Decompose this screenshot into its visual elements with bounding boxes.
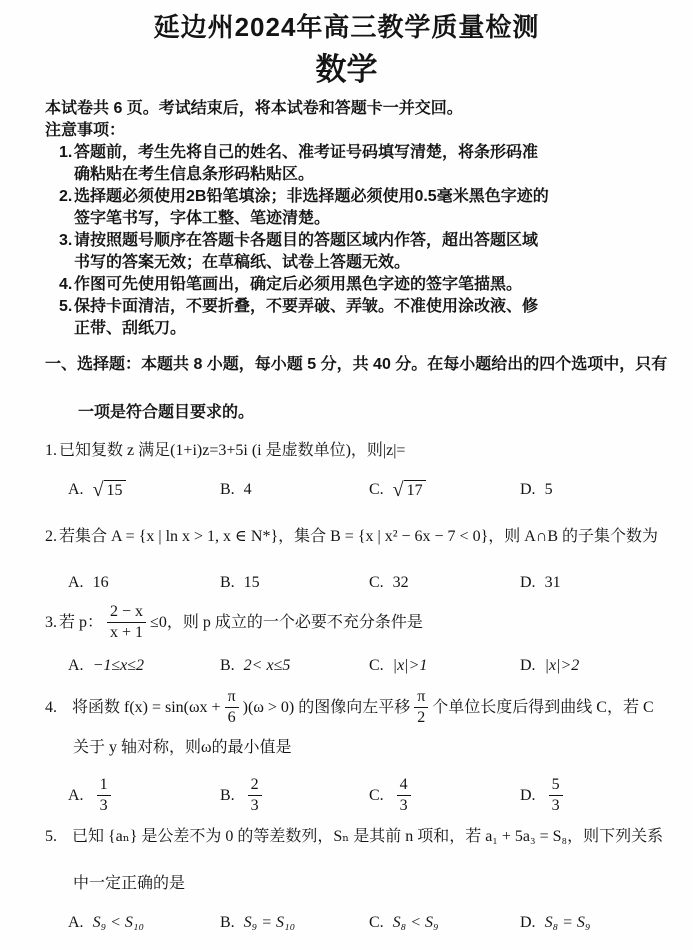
section-text: 选择题：本题共 8 小题，每小题 5 分，共 40 分。在每小题给出的四个选项中… [77,354,667,376]
fraction-denominator: 6 [225,708,239,728]
notice-line: 书写的答案无效；在草稿纸、试卷上答题无效。 [74,252,538,274]
option-value: 2< x≤5 [244,655,291,677]
radicand: 15 [104,480,126,501]
option-label: A. [68,785,84,807]
fraction: 2 3 [248,775,262,816]
fraction-denominator: 3 [97,796,111,816]
notice-line: 确粘贴在考生信息条形码粘贴区。 [74,164,538,186]
question-text: 若 p： [59,612,103,634]
option-value: 15 [244,572,260,594]
sqrt-expression: √ 17 [393,480,426,501]
question-3-stem: 3. 若 p： 2 − x x + 1 ≤0，则 p 成立的一个必要不充分条件是 [45,600,648,645]
option-c: C. √ 17 [369,479,520,501]
notice-number: 5. [59,296,74,340]
option-a: A. √ 15 [68,479,220,501]
option-label: D. [520,572,536,594]
question-number: 4. [45,697,72,719]
fraction: 2 − x x + 1 [107,602,146,643]
option-label: B. [220,912,235,934]
fraction-numerator: 4 [397,775,411,796]
notice-number: 1. [59,142,74,186]
option-a: A. 1 3 [68,775,220,816]
option-value: 31 [545,572,561,594]
notice-item-4: 4. 作图可先使用铅笔画出，确定后必须用黑色字迹的签字笔描黑。 [45,274,648,296]
option-label: C. [369,655,384,677]
question-number: 2. [45,526,59,548]
fraction-numerator: 2 [248,775,262,796]
option-label: A. [68,912,84,934]
option-b: B. 15 [220,572,369,594]
option-a: A. 16 [68,572,220,594]
notice-line: 请按照题号顺序在答题卡各题目的答题区域内作答，超出答题区域 [74,230,538,252]
fraction-denominator: x + 1 [107,623,146,643]
notice-text: 选择题必须使用2B铅笔填涂；非选择题必须使用0.5毫米黑色字迹的 签字笔书写，字… [74,186,549,230]
option-label: D. [520,479,536,501]
question-number: 5. [45,826,72,848]
fraction: π 6 [225,687,239,728]
radical-sign: √ [393,480,404,501]
notice-number: 2. [59,186,74,230]
fraction-denominator: 2 [414,708,428,728]
option-d: D. 5 [520,479,553,501]
option-label: A. [68,479,84,501]
notice-text: 作图可先使用铅笔画出，确定后必须用黑色字迹的签字笔描黑。 [74,274,522,296]
exam-paper-page: 延边州2024年高三教学质量检测 数学 本试卷共 6 页。考试结束后，将本试卷和… [0,0,693,950]
question-5-stem-line-1: 5. 已知 {aₙ} 是公差不为 0 的等差数列，Sₙ 是其前 n 项和，若 a… [45,826,648,848]
question-text: 若集合 A = {x | ln x > 1, x ∈ N*}，集合 B = {x… [59,526,658,548]
notice-text: 保持卡面清洁，不要折叠，不要弄破、弄皱。不准使用涂改液、修 正带、刮纸刀。 [74,296,538,340]
notice-line: 作图可先使用铅笔画出，确定后必须用黑色字迹的签字笔描黑。 [74,274,522,296]
option-a: A. −1≤x≤2 [68,655,220,677]
radicand: 17 [404,480,426,501]
question-5-options: A. S₉ < S₁₀ B. S₉ = S₁₀ C. S₈ < S₉ D. S₈… [45,912,648,934]
section-header: 一、 选择题：本题共 8 小题，每小题 5 分，共 40 分。在每小题给出的四个… [45,354,648,424]
fraction-denominator: 3 [248,796,262,816]
fraction: 1 3 [97,775,111,816]
question-5-stem-line-2: 中一定正确的是 [45,873,648,895]
fraction: 4 3 [397,775,411,816]
option-value: −1≤x≤2 [93,655,144,677]
notice-item-3: 3. 请按照题号顺序在答题卡各题目的答题区域内作答，超出答题区域 书写的答案无效… [45,230,648,274]
option-label: B. [220,785,235,807]
question-text: 将函数 f(x) = sin(ωx + [72,697,221,719]
option-label: B. [220,479,235,501]
sqrt-expression: √ 15 [93,480,126,501]
option-label: C. [369,479,384,501]
option-c: C. 4 3 [369,775,520,816]
section-header-line-2: 一项是符合题目要求的。 [45,402,648,424]
notice-line: 签字笔书写，字体工整、笔迹清楚。 [74,208,549,230]
option-c: C. |x|>1 [369,655,520,677]
option-d: D. S₈ = S₉ [520,912,590,934]
section-header-line-1: 一、 选择题：本题共 8 小题，每小题 5 分，共 40 分。在每小题给出的四个… [45,354,648,376]
fraction: π 2 [414,687,428,728]
question-text: )(ω > 0) 的图像向左平移 [243,697,411,719]
option-a: A. S₉ < S₁₀ [68,912,220,934]
fraction-numerator: 2 − x [107,602,146,623]
question-1-options: A. √ 15 B. 4 C. √ 17 D. 5 [45,479,648,501]
option-label: D. [520,912,536,934]
page-title: 延边州2024年高三教学质量检测 [45,10,648,44]
option-label: A. [68,655,84,677]
page-subtitle: 数学 [45,50,648,90]
question-number: 3. [45,612,59,634]
option-b: B. 2 3 [220,775,369,816]
fraction: 5 3 [549,775,563,816]
option-label: C. [369,912,384,934]
notices-list: 1. 答题前，考生先将自己的姓名、准考证号码填写清楚，将条形码准 确粘贴在考生信… [45,142,648,340]
option-label: D. [520,655,536,677]
option-label: C. [369,572,384,594]
question-text: 已知复数 z 满足(1+i)z=3+5i (i 是虚数单位)，则|z|= [59,440,405,462]
notice-item-5: 5. 保持卡面清洁，不要折叠，不要弄破、弄皱。不准使用涂改液、修 正带、刮纸刀。 [45,296,648,340]
notice-text: 答题前，考生先将自己的姓名、准考证号码填写清楚，将条形码准 确粘贴在考生信息条形… [74,142,538,186]
question-text: 已知 {aₙ} 是公差不为 0 的等差数列，Sₙ 是其前 n 项和，若 a₁ +… [72,826,663,848]
option-value: 4 [244,479,252,501]
radical-sign: √ [93,480,104,501]
fraction-numerator: 5 [549,775,563,796]
notice-item-1: 1. 答题前，考生先将自己的姓名、准考证号码填写清楚，将条形码准 确粘贴在考生信… [45,142,648,186]
option-value: S₉ = S₁₀ [244,912,295,934]
question-3-options: A. −1≤x≤2 B. 2< x≤5 C. |x|>1 D. |x|>2 [45,655,648,677]
notice-line: 保持卡面清洁，不要折叠，不要弄破、弄皱。不准使用涂改液、修 [74,296,538,318]
option-label: C. [369,785,384,807]
fraction-numerator: π [225,687,239,708]
question-text: 个单位长度后得到曲线 C，若 C [432,697,653,719]
option-value: S₈ = S₉ [545,912,591,934]
option-label: B. [220,655,235,677]
option-value: S₉ < S₁₀ [93,912,144,934]
intro-note: 本试卷共 6 页。考试结束后，将本试卷和答题卡一并交回。 [45,98,648,120]
notice-number: 4. [59,274,74,296]
option-label: A. [68,572,84,594]
option-value: |x|>2 [545,655,580,677]
question-2-stem: 2. 若集合 A = {x | ln x > 1, x ∈ N*}，集合 B =… [45,526,648,548]
section-number: 一、 [45,354,77,376]
option-d: D. |x|>2 [520,655,579,677]
notice-text: 请按照题号顺序在答题卡各题目的答题区域内作答，超出答题区域 书写的答案无效；在草… [74,230,538,274]
option-d: D. 5 3 [520,775,567,816]
option-b: B. 4 [220,479,369,501]
question-text: ≤0，则 p 成立的一个必要不充分条件是 [150,612,423,634]
option-value: |x|>1 [393,655,428,677]
question-1-stem: 1. 已知复数 z 满足(1+i)z=3+5i (i 是虚数单位)，则|z|= [45,440,648,462]
option-label: D. [520,785,536,807]
notice-line: 正带、刮纸刀。 [74,318,538,340]
notices-heading: 注意事项： [45,120,648,142]
question-4-stem-line-2: 关于 y 轴对称，则ω的最小值是 [45,737,648,759]
question-2-options: A. 16 B. 15 C. 32 D. 31 [45,572,648,594]
question-number: 1. [45,440,59,462]
option-b: B. S₉ = S₁₀ [220,912,369,934]
question-4-stem-line-1: 4. 将函数 f(x) = sin(ωx + π 6 )(ω > 0) 的图像向… [45,685,648,730]
option-c: C. S₈ < S₉ [369,912,520,934]
fraction-denominator: 3 [397,796,411,816]
notice-line: 答题前，考生先将自己的姓名、准考证号码填写清楚，将条形码准 [74,142,538,164]
option-value: 5 [545,479,553,501]
option-c: C. 32 [369,572,520,594]
option-value: 16 [93,572,109,594]
fraction-numerator: 1 [97,775,111,796]
fraction-denominator: 3 [549,796,563,816]
option-value: 32 [393,572,409,594]
question-4-options: A. 1 3 B. 2 3 C. 4 3 D. 5 3 [45,773,648,818]
notice-line: 选择题必须使用2B铅笔填涂；非选择题必须使用0.5毫米黑色字迹的 [74,186,549,208]
fraction-numerator: π [414,687,428,708]
option-value: S₈ < S₉ [393,912,439,934]
option-label: B. [220,572,235,594]
notice-number: 3. [59,230,74,274]
notice-item-2: 2. 选择题必须使用2B铅笔填涂；非选择题必须使用0.5毫米黑色字迹的 签字笔书… [45,186,648,230]
option-d: D. 31 [520,572,561,594]
option-b: B. 2< x≤5 [220,655,369,677]
